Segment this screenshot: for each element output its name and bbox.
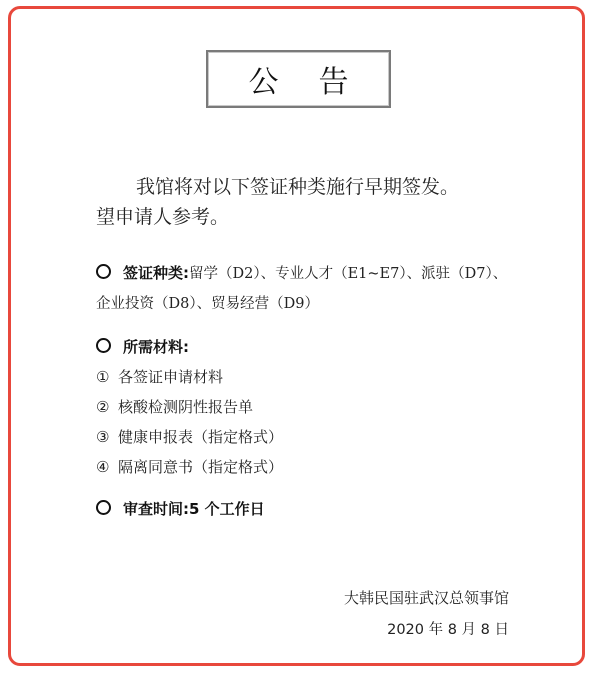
notice-title: 公告 bbox=[249, 57, 389, 101]
circled-number-2-icon: ② bbox=[96, 392, 118, 422]
intro-line-2: 望申请人参考。 bbox=[96, 202, 516, 232]
visa-types-line-1: 留学（D2）、专业人才（E1~E7）、派驻（D7）、 bbox=[189, 266, 507, 282]
circle-bullet-icon bbox=[96, 264, 111, 279]
material-text: 核酸检测阴性报告单 bbox=[118, 398, 253, 416]
notice-title-box: 公告 bbox=[206, 50, 391, 108]
signature-block: 大韩民国驻武汉总领事馆 2020 年 8 月 8 日 bbox=[344, 582, 509, 646]
material-text: 各签证申请材料 bbox=[118, 368, 223, 386]
materials-label: 所需材料: bbox=[123, 338, 189, 356]
material-item: ①各签证申请材料 bbox=[96, 362, 283, 392]
visa-types-label: 签证种类: bbox=[123, 264, 189, 282]
notice-intro: 我馆将对以下签证种类施行早期签发。 望申请人参考。 bbox=[96, 172, 516, 232]
material-item: ④隔离同意书（指定格式） bbox=[96, 452, 283, 482]
review-time-label: 审查时间: bbox=[123, 500, 189, 518]
visa-types-line-2: 企业投资（D8）、贸易经营（D9） bbox=[96, 289, 507, 319]
material-text: 健康申报表（指定格式） bbox=[118, 428, 283, 446]
intro-line-1: 我馆将对以下签证种类施行早期签发。 bbox=[136, 176, 459, 198]
circle-bullet-icon bbox=[96, 338, 111, 353]
circle-bullet-icon bbox=[96, 500, 111, 515]
circled-number-4-icon: ④ bbox=[96, 452, 118, 482]
review-time-value: 5 个工作日 bbox=[189, 500, 265, 518]
signature-date: 2020 年 8 月 8 日 bbox=[344, 614, 509, 646]
circled-number-3-icon: ③ bbox=[96, 422, 118, 452]
materials-section: 所需材料: ①各签证申请材料 ②核酸检测阴性报告单 ③健康申报表（指定格式） ④… bbox=[96, 332, 283, 482]
circled-number-1-icon: ① bbox=[96, 362, 118, 392]
material-item: ②核酸检测阴性报告单 bbox=[96, 392, 283, 422]
material-item: ③健康申报表（指定格式） bbox=[96, 422, 283, 452]
review-time-section: 审查时间:5 个工作日 bbox=[96, 494, 265, 524]
material-text: 隔离同意书（指定格式） bbox=[118, 458, 283, 476]
signature-organization: 大韩民国驻武汉总领事馆 bbox=[344, 582, 509, 614]
visa-types-section: 签证种类:留学（D2）、专业人才（E1~E7）、派驻（D7）、 企业投资（D8）… bbox=[96, 258, 507, 319]
